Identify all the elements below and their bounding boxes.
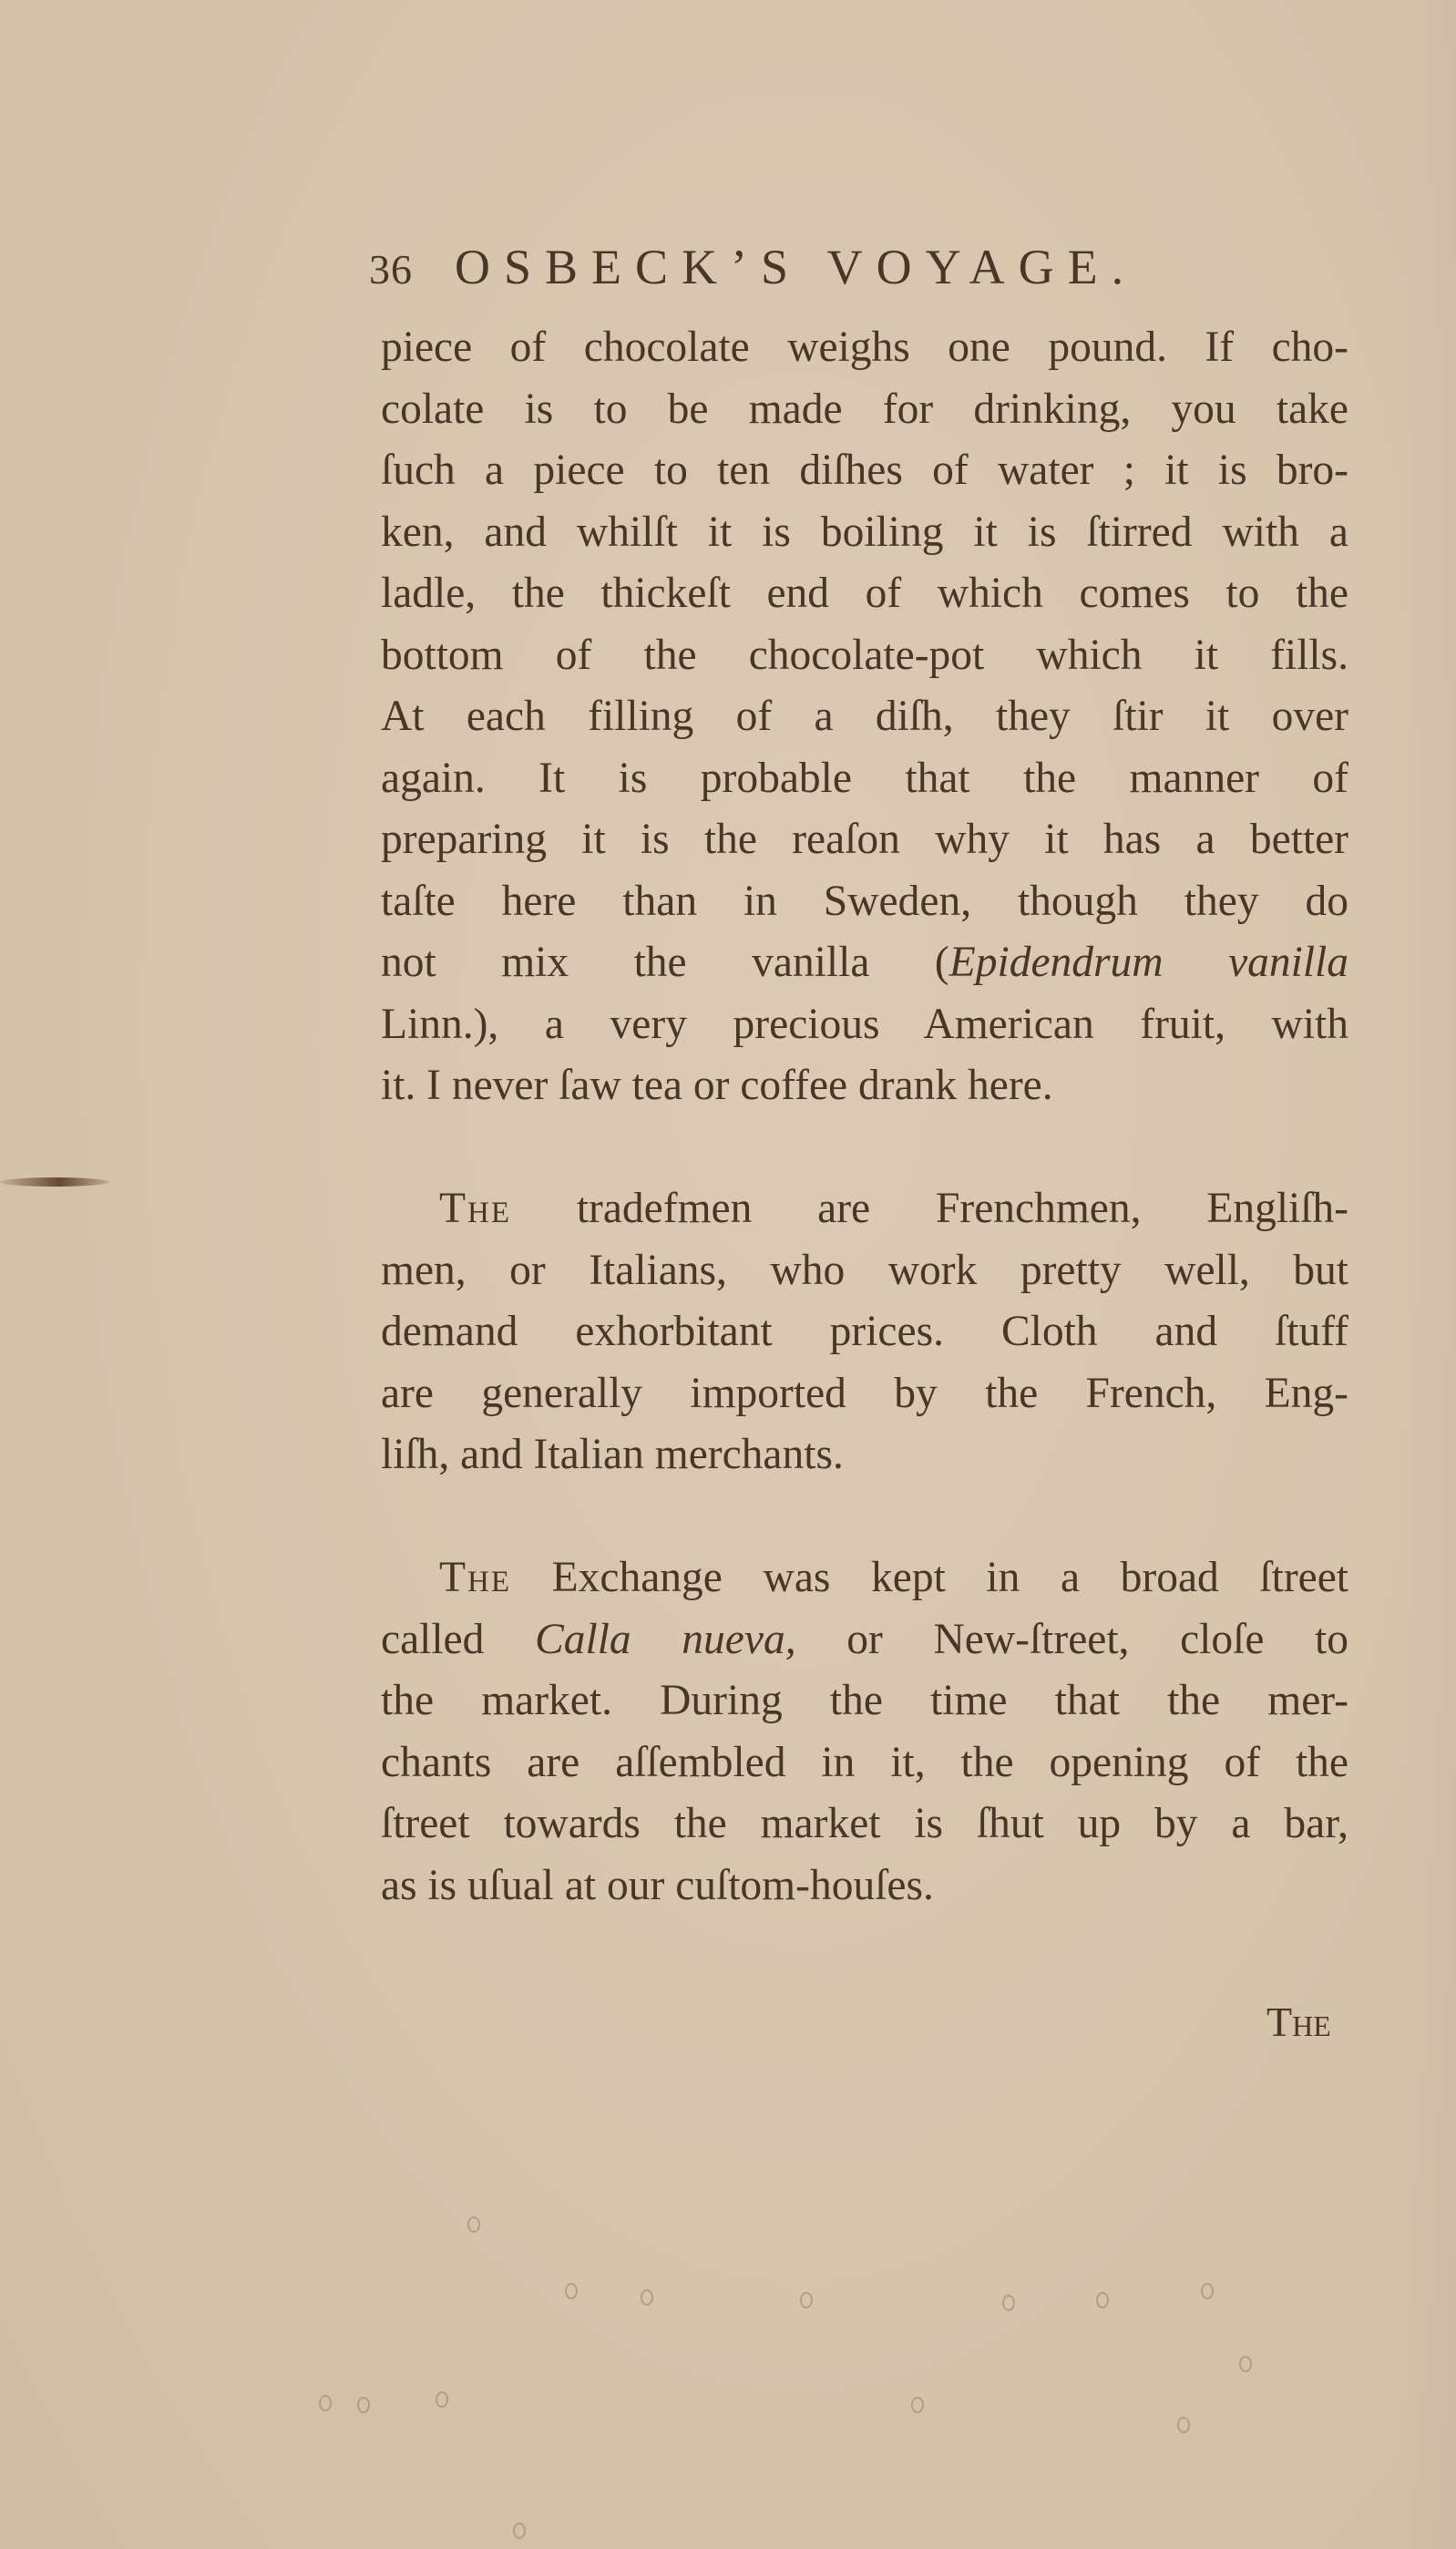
text-line: are generally imported by the French, En… bbox=[381, 1363, 1348, 1425]
paper-fleck bbox=[1177, 2417, 1190, 2433]
text-roman: tradefmen are Frenchmen, Engliſh- bbox=[511, 1185, 1348, 1232]
text-line: chants are aſſembled in it, the opening … bbox=[381, 1732, 1348, 1794]
text-roman: called bbox=[381, 1616, 535, 1663]
text-line-calla: called Calla nueva, or New-ſtreet, cloſe… bbox=[381, 1609, 1348, 1671]
paper-fleck bbox=[800, 2292, 813, 2308]
running-title: OSBECK’S VOYAGE. bbox=[455, 239, 1137, 295]
paragraph-gap bbox=[381, 1117, 1348, 1179]
text-roman: or New-ſtreet, cloſe to bbox=[796, 1616, 1348, 1663]
text-line: the market. During the time that the mer… bbox=[381, 1670, 1348, 1732]
paper-fleck bbox=[436, 2391, 448, 2408]
text-line: colate is to be made for drinking, you t… bbox=[381, 379, 1348, 441]
text-line: again. It is probable that the manner of bbox=[381, 748, 1348, 810]
paper-fleck bbox=[357, 2397, 370, 2413]
text-line-first: The tradefmen are Frenchmen, Engliſh- bbox=[381, 1178, 1348, 1240]
text-roman: Exchange was kept in a broad ſtreet bbox=[511, 1554, 1348, 1601]
text-line: ken, and whilſt it is boiling it is ſtir… bbox=[381, 502, 1348, 564]
margin-ink-mark bbox=[0, 1177, 109, 1187]
paper-fleck bbox=[911, 2397, 924, 2413]
text-line: ſtreet towards the market is ſhut up by … bbox=[381, 1794, 1348, 1855]
text-line: preparing it is the reaſon why it has a … bbox=[381, 809, 1348, 871]
text-line: demand exhorbitant prices. Cloth and ſtu… bbox=[381, 1301, 1348, 1363]
text-line-first: The Exchange was kept in a broad ſtreet bbox=[381, 1547, 1348, 1609]
text-italic-species: Epidendrum vanilla bbox=[949, 939, 1348, 986]
paper-fleck bbox=[1096, 2292, 1109, 2308]
small-caps-lead: The bbox=[439, 1185, 511, 1232]
text-line: ladle, the thickeſt end of which comes t… bbox=[381, 563, 1348, 625]
text-italic-street-name: Calla nueva, bbox=[535, 1616, 796, 1663]
text-line: bottom of the chocolate-pot which it fil… bbox=[381, 625, 1348, 687]
text-line: piece of chocolate weighs one pound. If … bbox=[381, 317, 1348, 379]
text-line: men, or Italians, who work pretty well, … bbox=[381, 1240, 1348, 1302]
text-line: as is uſual at our cuſtom-houſes. bbox=[381, 1855, 1348, 1917]
paper-fleck bbox=[565, 2283, 578, 2299]
text-roman: not mix the vanilla ( bbox=[381, 939, 949, 986]
paper-fleck bbox=[641, 2289, 653, 2306]
paragraph-gap bbox=[381, 1486, 1348, 1548]
running-head: 36OSBECK’S VOYAGE. bbox=[369, 239, 1353, 295]
paper-fleck bbox=[1239, 2356, 1252, 2372]
paragraph-exchange: The Exchange was kept in a broad ſtreet … bbox=[381, 1547, 1348, 1917]
paper-fleck bbox=[1002, 2295, 1015, 2311]
text-line: At each filling of a diſh, they ſtir it … bbox=[381, 686, 1348, 748]
paper-fleck bbox=[1201, 2283, 1214, 2299]
paper-fleck bbox=[513, 2523, 526, 2539]
book-page: 36OSBECK’S VOYAGE. piece of chocolate we… bbox=[0, 0, 1456, 2549]
text-line: ſuch a piece to ten diſhes of water ; it… bbox=[381, 440, 1348, 502]
text-line-vanilla: not mix the vanilla (Epidendrum vanilla bbox=[381, 932, 1348, 994]
paragraph-chocolate: piece of chocolate weighs one pound. If … bbox=[381, 317, 1348, 1117]
small-caps-lead: The bbox=[439, 1554, 511, 1601]
body-text: piece of chocolate weighs one pound. If … bbox=[381, 317, 1348, 1917]
catchword: The bbox=[1266, 1998, 1331, 2046]
text-line: liſh, and Italian merchants. bbox=[381, 1424, 1348, 1486]
paper-fleck bbox=[319, 2395, 332, 2411]
page-number: 36 bbox=[369, 245, 413, 293]
paper-fleck bbox=[467, 2216, 480, 2233]
text-line: Linn.), a very precious American fruit, … bbox=[381, 994, 1348, 1056]
paragraph-tradesmen: The tradefmen are Frenchmen, Engliſh- me… bbox=[381, 1178, 1348, 1486]
text-line: it. I never ſaw tea or coffee drank here… bbox=[381, 1055, 1348, 1117]
text-line: taſte here than in Sweden, though they d… bbox=[381, 871, 1348, 933]
